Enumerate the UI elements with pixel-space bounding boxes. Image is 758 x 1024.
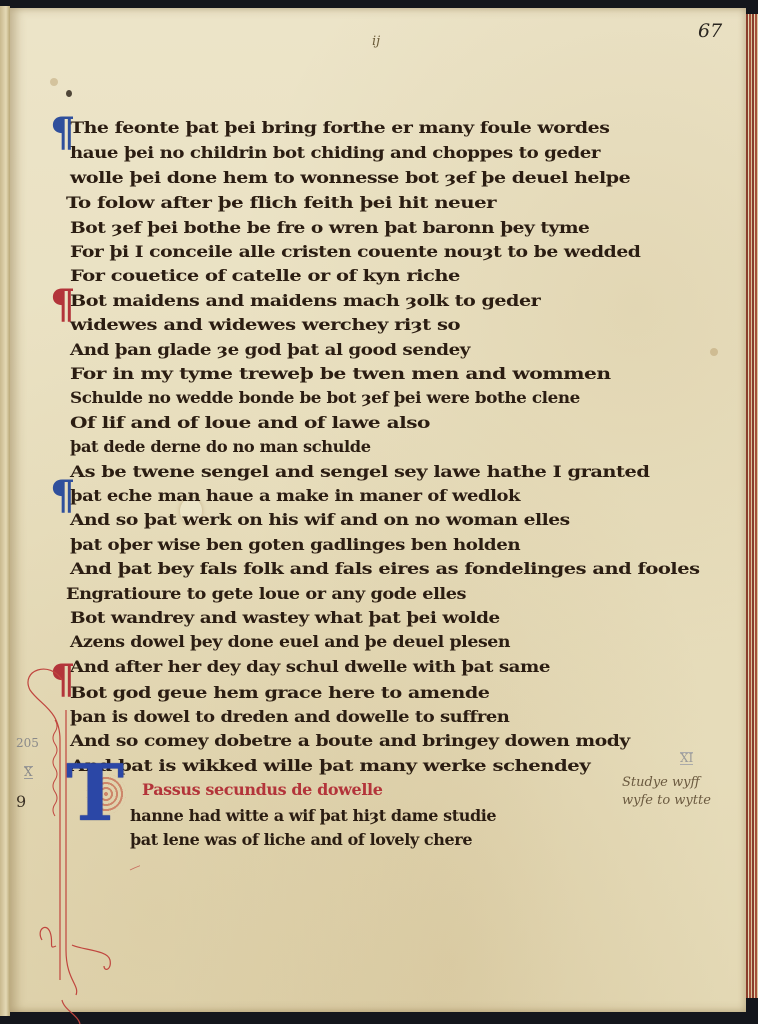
- text-line: And so comey dobetre a boute and bringey…: [70, 731, 630, 750]
- paraph-mark-blue: ¶: [50, 113, 75, 153]
- text-line: hanne had witte a wif þat hiȝt dame stud…: [130, 806, 496, 825]
- text-line: Bot god geue hem grace here to amende: [70, 683, 490, 702]
- text-line: Bot ȝef þei bothe be fre o wren þat baro…: [70, 218, 589, 237]
- text-line: Azens dowel þey done euel and þe deuel p…: [70, 632, 510, 651]
- text-line: þat dede derne do no man schulde: [70, 437, 371, 456]
- text-line: For in my tyme treweþ be twen men and wo…: [70, 364, 611, 383]
- marginal-annotation: Studye wyff wyfe to wytte: [622, 774, 711, 809]
- text-line: As be twene sengel and sengel sey lawe h…: [70, 462, 649, 481]
- text-line: þat lene was of liche and of lovely cher…: [130, 830, 472, 849]
- fore-edge: [746, 14, 758, 998]
- text-line: And þat is wikked wille þat many werke s…: [70, 756, 590, 775]
- text-line: þat oþer wise ben goten gadlinges ben ho…: [70, 535, 520, 554]
- text-line: Bot wandrey and wastey what þat þei wold…: [70, 608, 500, 627]
- text-line: Engratioure to gete loue or any gode ell…: [66, 584, 466, 603]
- ink-spot: [66, 90, 72, 97]
- text-line: Schulde no wedde bonde be bot ȝef þei we…: [70, 388, 580, 407]
- text-line: And þat bey fals folk and fals eires as …: [70, 559, 700, 578]
- text-line: And after her dey day schul dwelle with …: [70, 657, 550, 676]
- stain-mark: [710, 348, 718, 356]
- rubric-heading: Passus secundus de dowelle: [142, 780, 382, 799]
- text-line: And so þat werk on his wif and on no wom…: [70, 510, 570, 529]
- text-line: Of lif and of loue and of lawe also: [70, 413, 430, 432]
- margin-numeral: 9: [16, 792, 26, 811]
- paraph-mark-blue: ¶: [50, 476, 75, 516]
- binding-edge-left: [0, 6, 10, 1016]
- text-line: The feonte þat þei bring forthe er many …: [70, 118, 609, 137]
- paraph-mark-red: ¶: [50, 660, 75, 700]
- text-line: For couetice of catelle or of kyn riche: [70, 266, 460, 285]
- text-line: þan is dowel to dreden and dowelle to su…: [70, 707, 509, 726]
- margin-numeral: 205: [16, 736, 39, 750]
- text-line: To folow after þe flich feith þei hit ne…: [66, 193, 496, 212]
- text-line: Bot maidens and maidens mach ȝolk to ged…: [70, 291, 540, 310]
- folio-number: 67: [698, 20, 722, 42]
- stain-mark: [50, 78, 58, 86]
- margin-numeral: XI: [680, 752, 693, 765]
- initial-letter: T: [66, 748, 124, 839]
- text-line: widewes and widewes werchey riȝt so: [70, 315, 460, 334]
- annotation-line: wyfe to wytte: [622, 792, 711, 810]
- text-line: And þan glade ȝe god þat al good sendey: [70, 340, 470, 359]
- margin-numeral: X: [24, 766, 33, 779]
- quire-mark: ij: [372, 34, 380, 49]
- decorated-initial: T: [64, 760, 142, 822]
- text-line: wolle þei done hem to wonnesse bot ȝef þ…: [70, 168, 630, 187]
- paraph-mark-red: ¶: [50, 285, 75, 325]
- annotation-line: Studye wyff: [622, 774, 711, 792]
- text-line: þat eche man haue a make in maner of wed…: [70, 486, 520, 505]
- text-line: haue þei no childrin bot chiding and cho…: [70, 143, 600, 162]
- text-line: For þi I conceile alle cristen couente n…: [70, 242, 640, 261]
